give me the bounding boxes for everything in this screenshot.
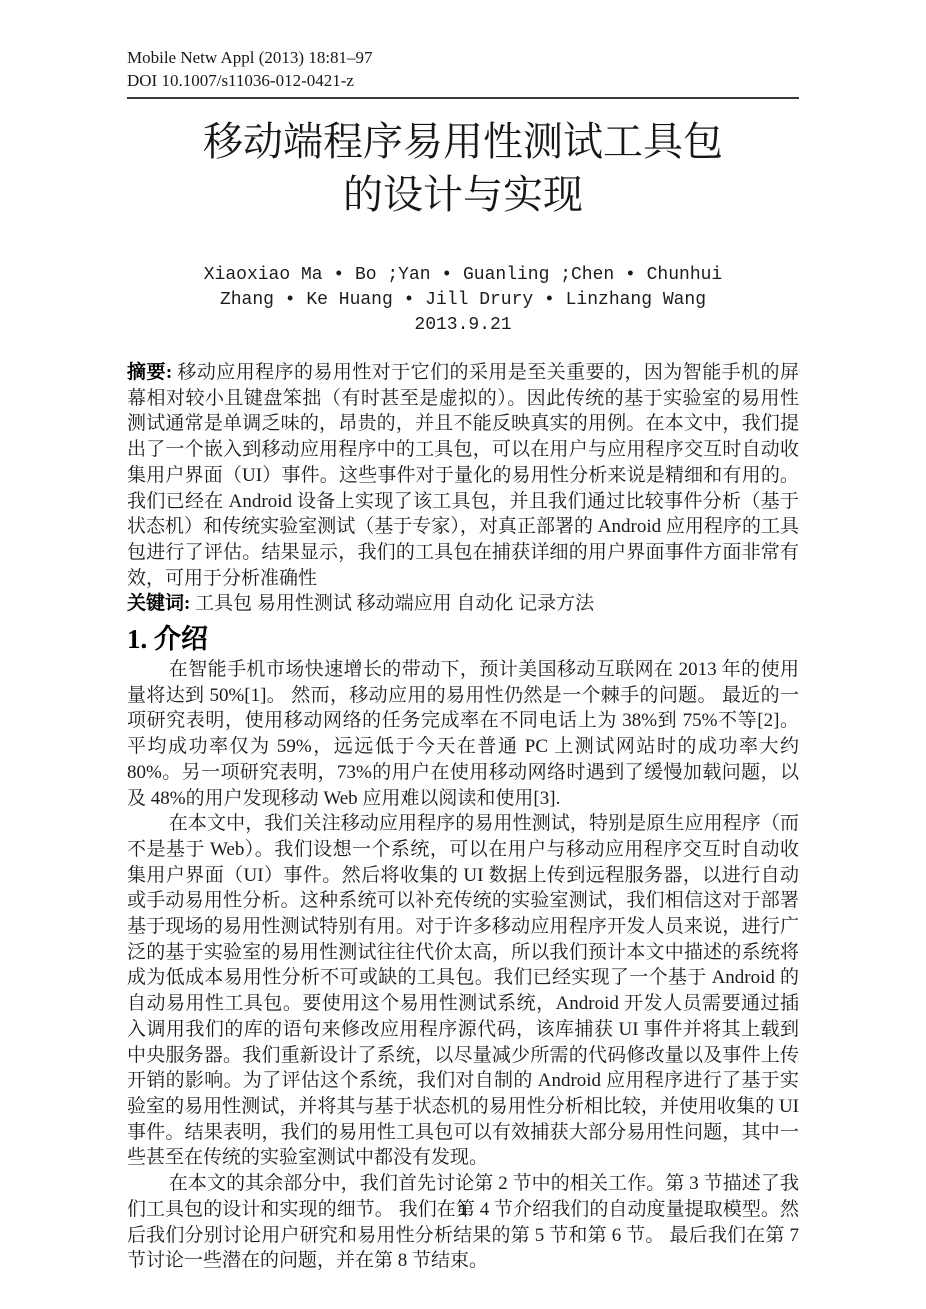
keywords-text: 工具包 易用性测试 移动端应用 自动化 记录方法 bbox=[190, 593, 594, 614]
paragraph-3: 在本文的其余部分中，我们首先讨论第 2 节中的相关工作。第 3 节描述了我们工具… bbox=[127, 1171, 799, 1274]
doi-line: DOI 10.1007/s11036-012-0421-z bbox=[127, 69, 799, 92]
abstract-text: 移动应用程序的易用性对于它们的采用是至关重要的，因为智能手机的屏幕相对较小且键盘… bbox=[127, 362, 799, 589]
paper-title-line1: 移动端程序易用性测试工具包 bbox=[127, 115, 799, 168]
paragraph-1: 在智能手机市场快速增长的带动下，预计美国移动互联网在 2013 年的使用量将达到… bbox=[127, 657, 799, 811]
paper-title-line2: 的设计与实现 bbox=[127, 168, 799, 221]
authors-line2: Zhang • Ke Huang • Jill Drury • Linzhang… bbox=[127, 288, 799, 313]
abstract-label: 摘要: bbox=[127, 362, 172, 383]
section-1-body: 在智能手机市场快速增长的带动下，预计美国移动互联网在 2013 年的使用量将达到… bbox=[127, 657, 799, 1274]
journal-reference: Mobile Netw Appl (2013) 18:81–97 bbox=[127, 46, 799, 69]
page-number: 1 bbox=[0, 1202, 926, 1221]
paragraph-2: 在本文中，我们关注移动应用程序的易用性测试，特别是原生应用程序（而不是基于 We… bbox=[127, 811, 799, 1171]
publication-date: 2013.9.21 bbox=[127, 313, 799, 338]
section-1-heading: 1. 介绍 bbox=[127, 621, 799, 657]
journal-header: Mobile Netw Appl (2013) 18:81–97 DOI 10.… bbox=[127, 46, 799, 99]
paper-page: Mobile Netw Appl (2013) 18:81–97 DOI 10.… bbox=[0, 0, 926, 1309]
abstract: 摘要: 移动应用程序的易用性对于它们的采用是至关重要的，因为智能手机的屏幕相对较… bbox=[127, 360, 799, 617]
keywords: 关键词: 工具包 易用性测试 移动端应用 自动化 记录方法 bbox=[127, 591, 799, 617]
page-content: Mobile Netw Appl (2013) 18:81–97 DOI 10.… bbox=[0, 0, 926, 1274]
authors-block: Xiaoxiao Ma • Bo ;Yan • Guanling ;Chen •… bbox=[127, 263, 799, 338]
paper-title: 移动端程序易用性测试工具包 的设计与实现 bbox=[127, 115, 799, 221]
authors-line1: Xiaoxiao Ma • Bo ;Yan • Guanling ;Chen •… bbox=[127, 263, 799, 288]
keywords-label: 关键词: bbox=[127, 593, 190, 614]
